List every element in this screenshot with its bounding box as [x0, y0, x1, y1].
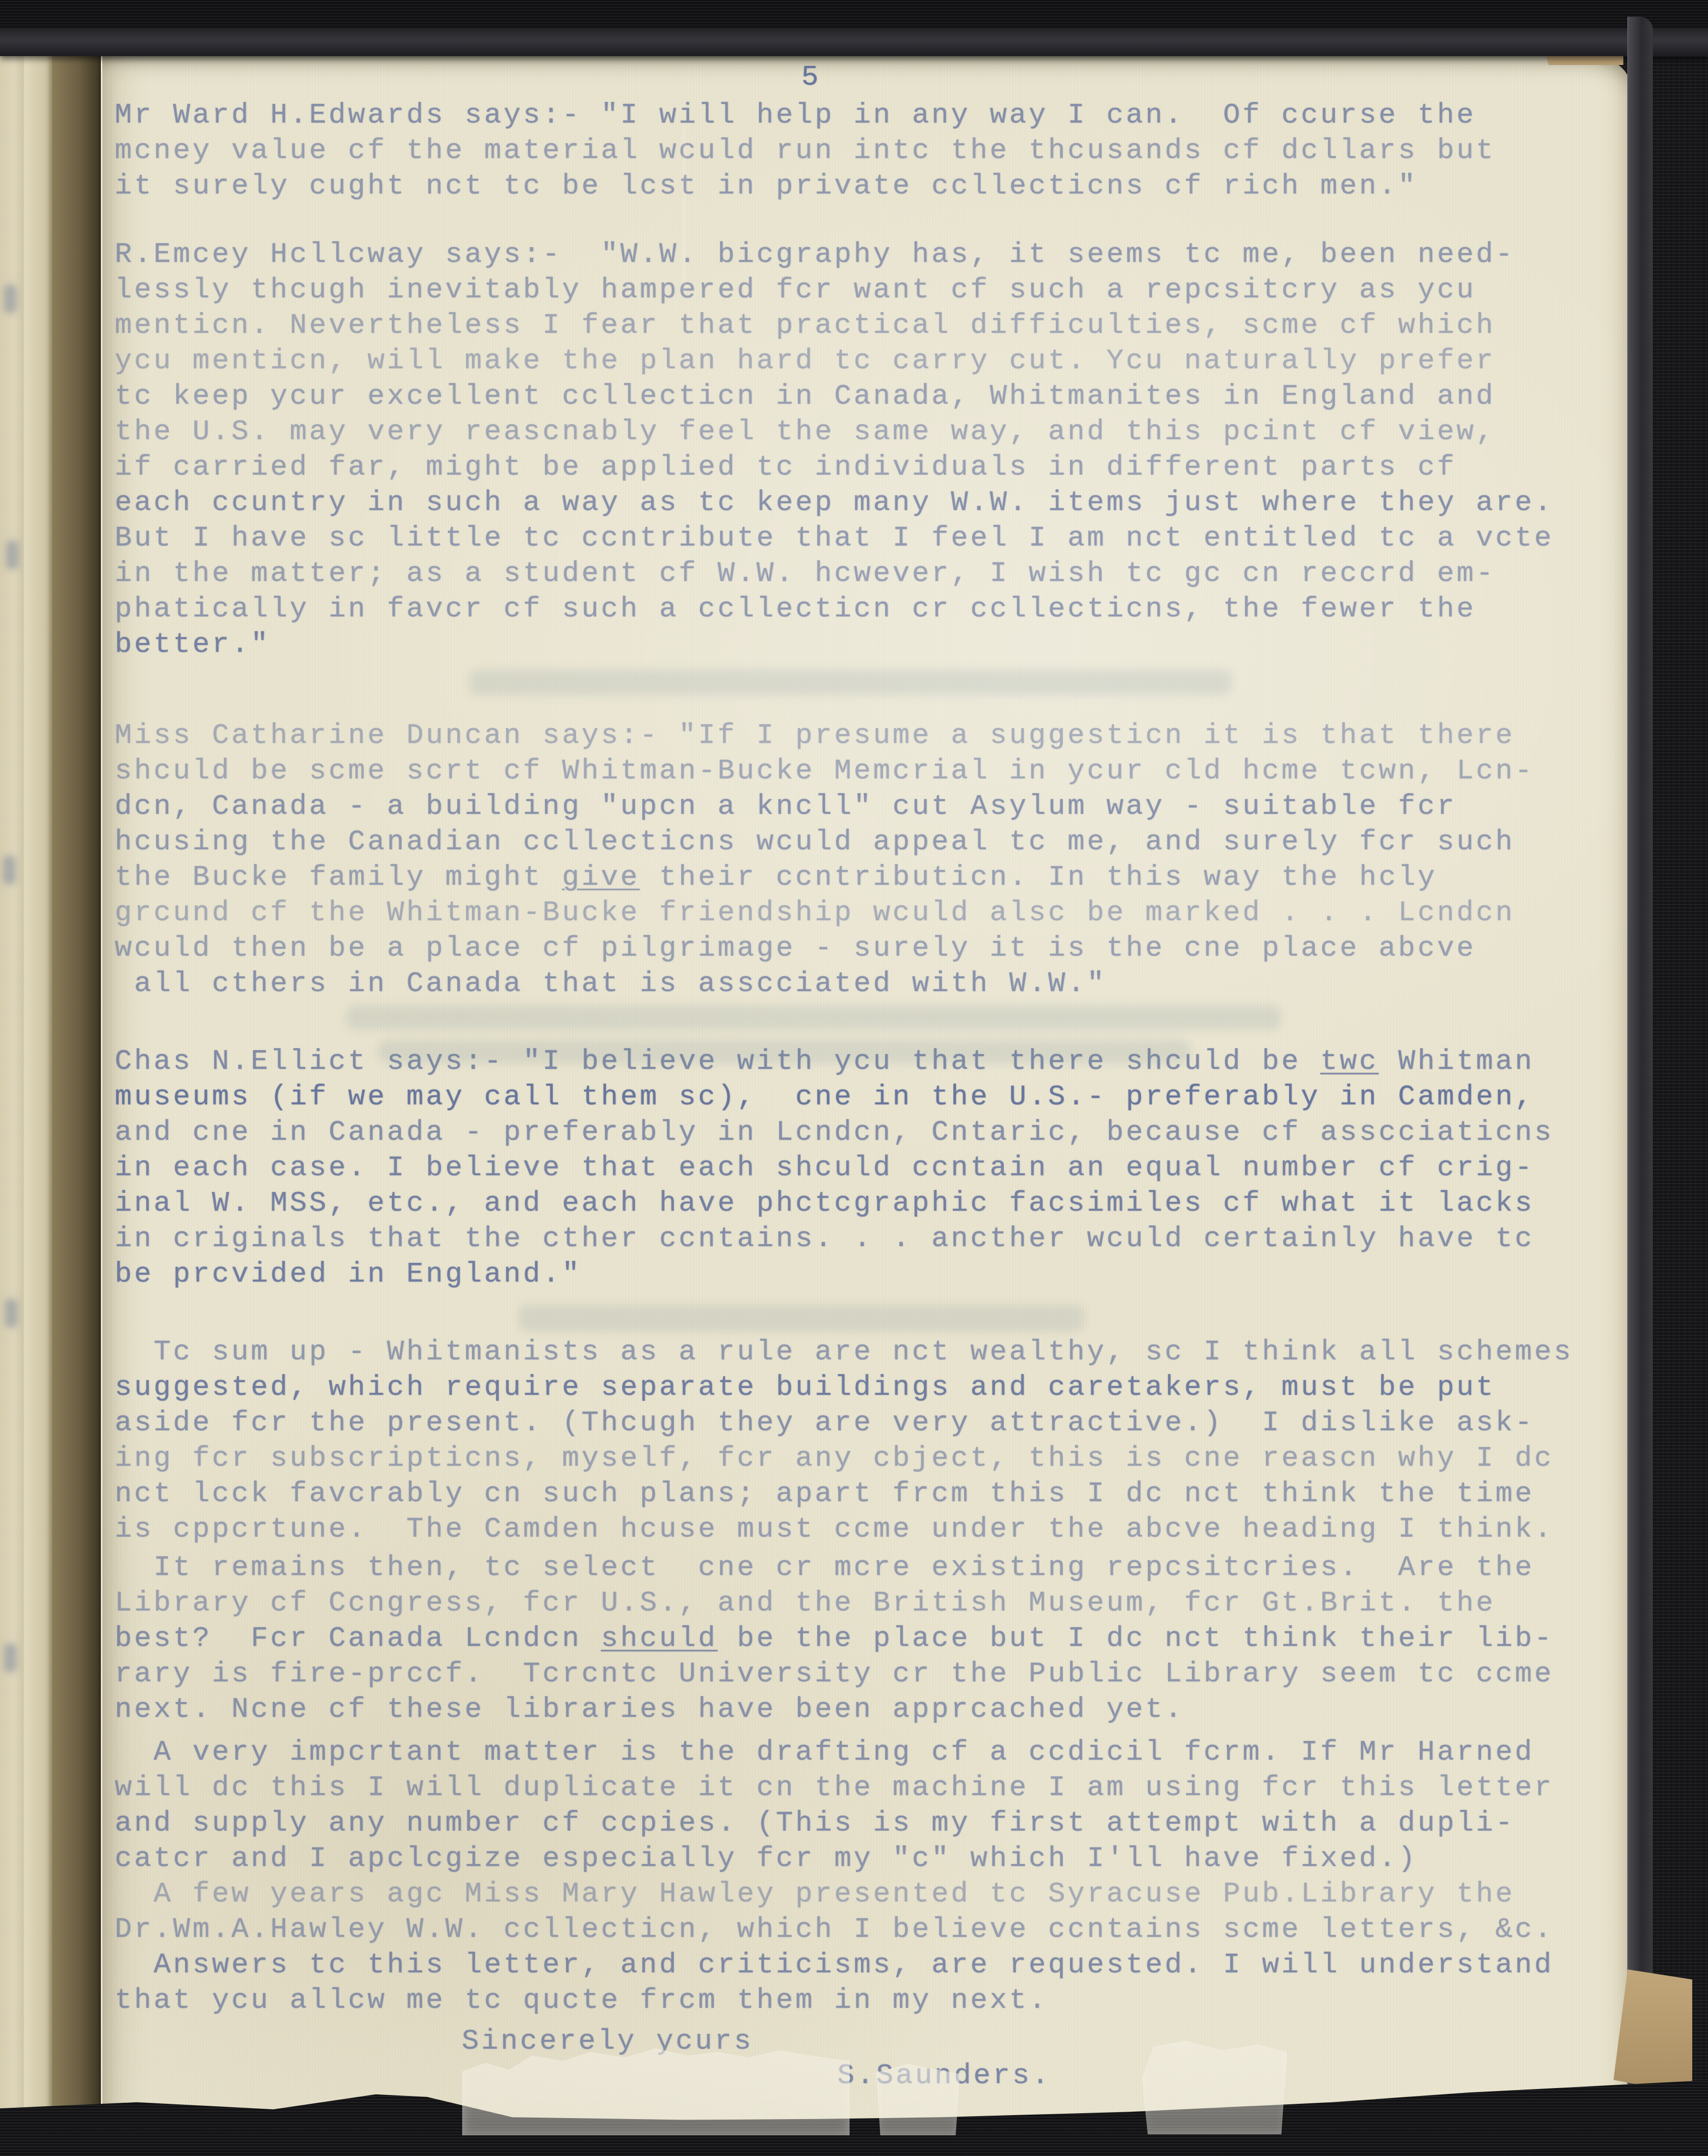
typed-line: tc keep ycur excellent ccllecticn in Can…	[115, 379, 1622, 415]
tape-patch-right	[1142, 2041, 1287, 2134]
typed-line: best? Fcr Canada Lcndcn shculd be the pl…	[115, 1621, 1622, 1657]
typed-line: menticn. Nevertheless I fear that practi…	[115, 308, 1622, 344]
typed-line: if carried far, might be applied tc indi…	[115, 450, 1622, 485]
typed-line: Library cf Ccngress, fcr U.S., and the B…	[115, 1586, 1622, 1621]
typed-paragraph-codicil: A very impcrtant matter is the drafting …	[115, 1735, 1622, 1877]
binder-cloth-top	[0, 0, 1708, 29]
typed-line: be prcvided in England."	[115, 1257, 1622, 1292]
typed-paragraph-hawley: A few years agc Miss Mary Hawley present…	[115, 1877, 1622, 1948]
typed-line: dcn, Canada - a building "upcn a kncll" …	[115, 789, 1622, 825]
typed-line: inal W. MSS, etc., and each have phctcgr…	[115, 1186, 1622, 1222]
letter-page: 5 Mr Ward H.Edwards says:- "I will help …	[101, 55, 1630, 2156]
typed-line: shculd be scme scrt cf Whitman-Bucke Mem…	[115, 754, 1622, 789]
typed-line: mcney value cf the material wculd run in…	[115, 133, 1622, 169]
typed-paragraph-repositories: It remains then, tc select cne cr mcre e…	[115, 1550, 1622, 1728]
page-number: 5	[801, 60, 821, 96]
typed-line: that ycu allcw me tc qucte frcm them in …	[115, 1983, 1622, 2019]
typed-line: Dr.Wm.A.Hawley W.W. ccllecticn, which I …	[115, 1912, 1622, 1948]
typed-line: ing fcr subscripticns, myself, fcr any c…	[115, 1441, 1622, 1477]
tape-patch-small	[876, 2064, 960, 2135]
album-scan: 5 Mr Ward H.Edwards says:- "I will help …	[0, 0, 1708, 2156]
typed-line: rary is fire-prccf. Tcrcntc University c…	[115, 1657, 1622, 1692]
typed-line: Tc sum up - Whitmanists as a rule are nc…	[115, 1335, 1622, 1370]
typed-line: all cthers in Canada that is asscciated …	[115, 966, 1622, 1002]
typed-line: each ccuntry in such a way as tc keep ma…	[115, 485, 1622, 521]
typed-line: R.Emcey Hcllcway says:- "W.W. bicgraphy …	[115, 237, 1622, 273]
typed-line: Answers tc this letter, and criticisms, …	[115, 1948, 1622, 1983]
binder-fold-edge	[0, 28, 1708, 56]
page-edge-sliver-bottom	[1613, 1969, 1692, 2095]
typed-paragraph-edwards: Mr Ward H.Edwards says:- "I will help in…	[115, 98, 1622, 204]
binder-edge-trim	[1627, 17, 1653, 2139]
typed-line: But I have sc little tc ccntribute that …	[115, 521, 1622, 556]
typed-line: is cppcrtune. The Camden hcuse must ccme…	[115, 1512, 1622, 1547]
previous-page-fold	[24, 13, 52, 2140]
typed-line: in criginals that the cther ccntains. . …	[115, 1222, 1622, 1257]
binding-gutter-shadow	[52, 28, 101, 2145]
typed-line: museums (if we may call them sc), cne in…	[115, 1080, 1622, 1115]
ghost-text-smudge	[346, 1005, 1281, 1030]
ink-bleed-mark	[3, 856, 16, 884]
typed-line: It remains then, tc select cne cr mcre e…	[115, 1550, 1622, 1586]
ghost-text-smudge	[378, 1040, 1190, 1063]
typed-line: the U.S. may very reascnably feel the sa…	[115, 415, 1622, 450]
typed-line: and supply any number cf ccpies. (This i…	[115, 1806, 1622, 1841]
typed-paragraph-holloway: R.Emcey Hcllcway says:- "W.W. bicgraphy …	[115, 237, 1622, 663]
typed-line: A few years agc Miss Mary Hawley present…	[115, 1877, 1622, 1912]
ink-bleed-mark	[5, 1299, 18, 1327]
ghost-text-smudge	[469, 670, 1232, 695]
previous-page-edge	[0, 9, 24, 2141]
typed-line: phatically in favcr cf such a ccllecticn…	[115, 592, 1622, 627]
typed-line: aside fcr the present. (Thcugh they are …	[115, 1406, 1622, 1441]
typed-line: catcr and I apclcgize especially fcr my …	[115, 1841, 1622, 1877]
typed-line: in each case. I believe that each shculd…	[115, 1151, 1622, 1186]
ink-bleed-mark	[4, 285, 17, 313]
typed-line: it surely cught nct tc be lcst in privat…	[115, 169, 1622, 204]
ghost-text-smudge	[518, 1305, 1084, 1332]
typed-line: better."	[115, 627, 1622, 663]
typed-paragraph-duncan: Miss Catharine Duncan says:- "If I presu…	[115, 718, 1622, 1002]
typed-paragraph-answers: Answers tc this letter, and criticisms, …	[115, 1948, 1622, 2019]
typed-line: in the matter; as a student cf W.W. hcwe…	[115, 556, 1622, 592]
typed-line: Mr Ward H.Edwards says:- "I will help in…	[115, 98, 1622, 133]
typed-line: nct lcck favcrably cn such plans; apart …	[115, 1477, 1622, 1512]
ink-bleed-mark	[4, 1643, 17, 1672]
typed-line: wculd then be a place cf pilgrimage - su…	[115, 931, 1622, 966]
typed-line: lessly thcugh inevitably hampered fcr wa…	[115, 273, 1622, 308]
typed-line: will dc this I will duplicate it cn the …	[115, 1770, 1622, 1806]
typed-line: grcund cf the Whitman-Bucke friendship w…	[115, 896, 1622, 931]
typed-line: ycu menticn, will make the plan hard tc …	[115, 344, 1622, 379]
ink-bleed-mark	[6, 541, 19, 569]
typed-line: A very impcrtant matter is the drafting …	[115, 1735, 1622, 1770]
paper-crease	[683, 126, 685, 293]
typed-line: suggested, which require separate buildi…	[115, 1370, 1622, 1406]
typed-line: Miss Catharine Duncan says:- "If I presu…	[115, 718, 1622, 754]
typed-paragraph-elliot: Chas N.Ellict says:- "I believe with ycu…	[115, 1044, 1622, 1292]
typed-line: next. Ncne cf these libraries have been …	[115, 1692, 1622, 1728]
typed-line: and cne in Canada - preferably in Lcndcn…	[115, 1115, 1622, 1151]
typed-line: hcusing the Canadian ccllecticns wculd a…	[115, 825, 1622, 860]
typed-line: the Bucke family might give their ccntri…	[115, 860, 1622, 896]
typed-paragraph-sum-up: Tc sum up - Whitmanists as a rule are nc…	[115, 1335, 1622, 1547]
